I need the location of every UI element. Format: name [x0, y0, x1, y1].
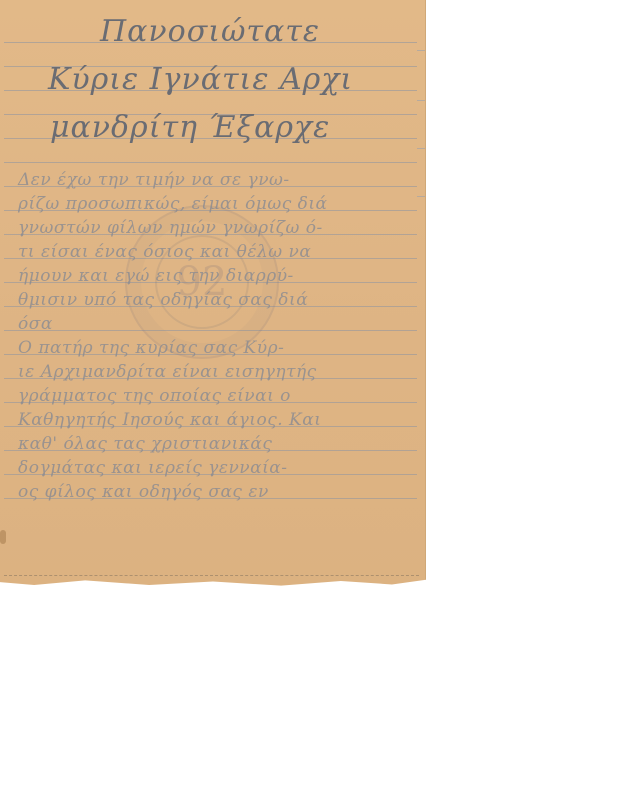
body-line: ρίζω προσωπικώς, είμαι όμως διά	[18, 194, 328, 214]
body-line: ιε Αρχιμανδρίτα είναι εισηγητής	[18, 362, 317, 382]
body-line: καθ' όλας τας χριστιανικάς	[18, 434, 272, 454]
margin-tick	[417, 148, 425, 149]
heading-line-1: Πανοσιώτατε	[100, 14, 320, 49]
ruled-line	[4, 162, 417, 163]
body-line: Δεν έχω την τιμήν να σε γνω-	[18, 170, 290, 190]
heading-line-3: μανδρίτη Έξαρχε	[50, 110, 330, 145]
body-line: δογμάτας και ιερείς γενναία-	[18, 458, 287, 478]
paper-stain	[0, 530, 6, 544]
body-line: γνωστών φίλων ημών γνωρίζω ό-	[18, 218, 323, 238]
body-line: θμισιν υπό τας οδηγίας σας διά	[18, 290, 308, 310]
body-line: ήμουν και εγώ εις την διαρρύ-	[18, 266, 294, 286]
margin-tick	[417, 100, 425, 101]
body-line: γράμματος της οποίας είναι ο	[18, 386, 291, 406]
margin-tick	[417, 50, 425, 51]
torn-bottom-edge	[4, 575, 419, 577]
letter-paper: 92 Πανοσιώτατε Κύριε Ιγνάτιε Αρχι μανδρί…	[0, 0, 426, 588]
body-line: Ο πατήρ της κυρίας σας Κύρ-	[18, 338, 284, 358]
body-line: Καθηγητής Ιησούς και άγιος. Και	[18, 410, 321, 430]
heading-line-2: Κύριε Ιγνάτιε Αρχι	[48, 62, 353, 97]
body-line: ος φίλος και οδηγός σας εν	[18, 482, 269, 502]
body-line: όσα	[18, 314, 53, 334]
body-line: τι είσαι ένας όσιος και θέλω να	[18, 242, 311, 262]
margin-tick	[417, 196, 425, 197]
